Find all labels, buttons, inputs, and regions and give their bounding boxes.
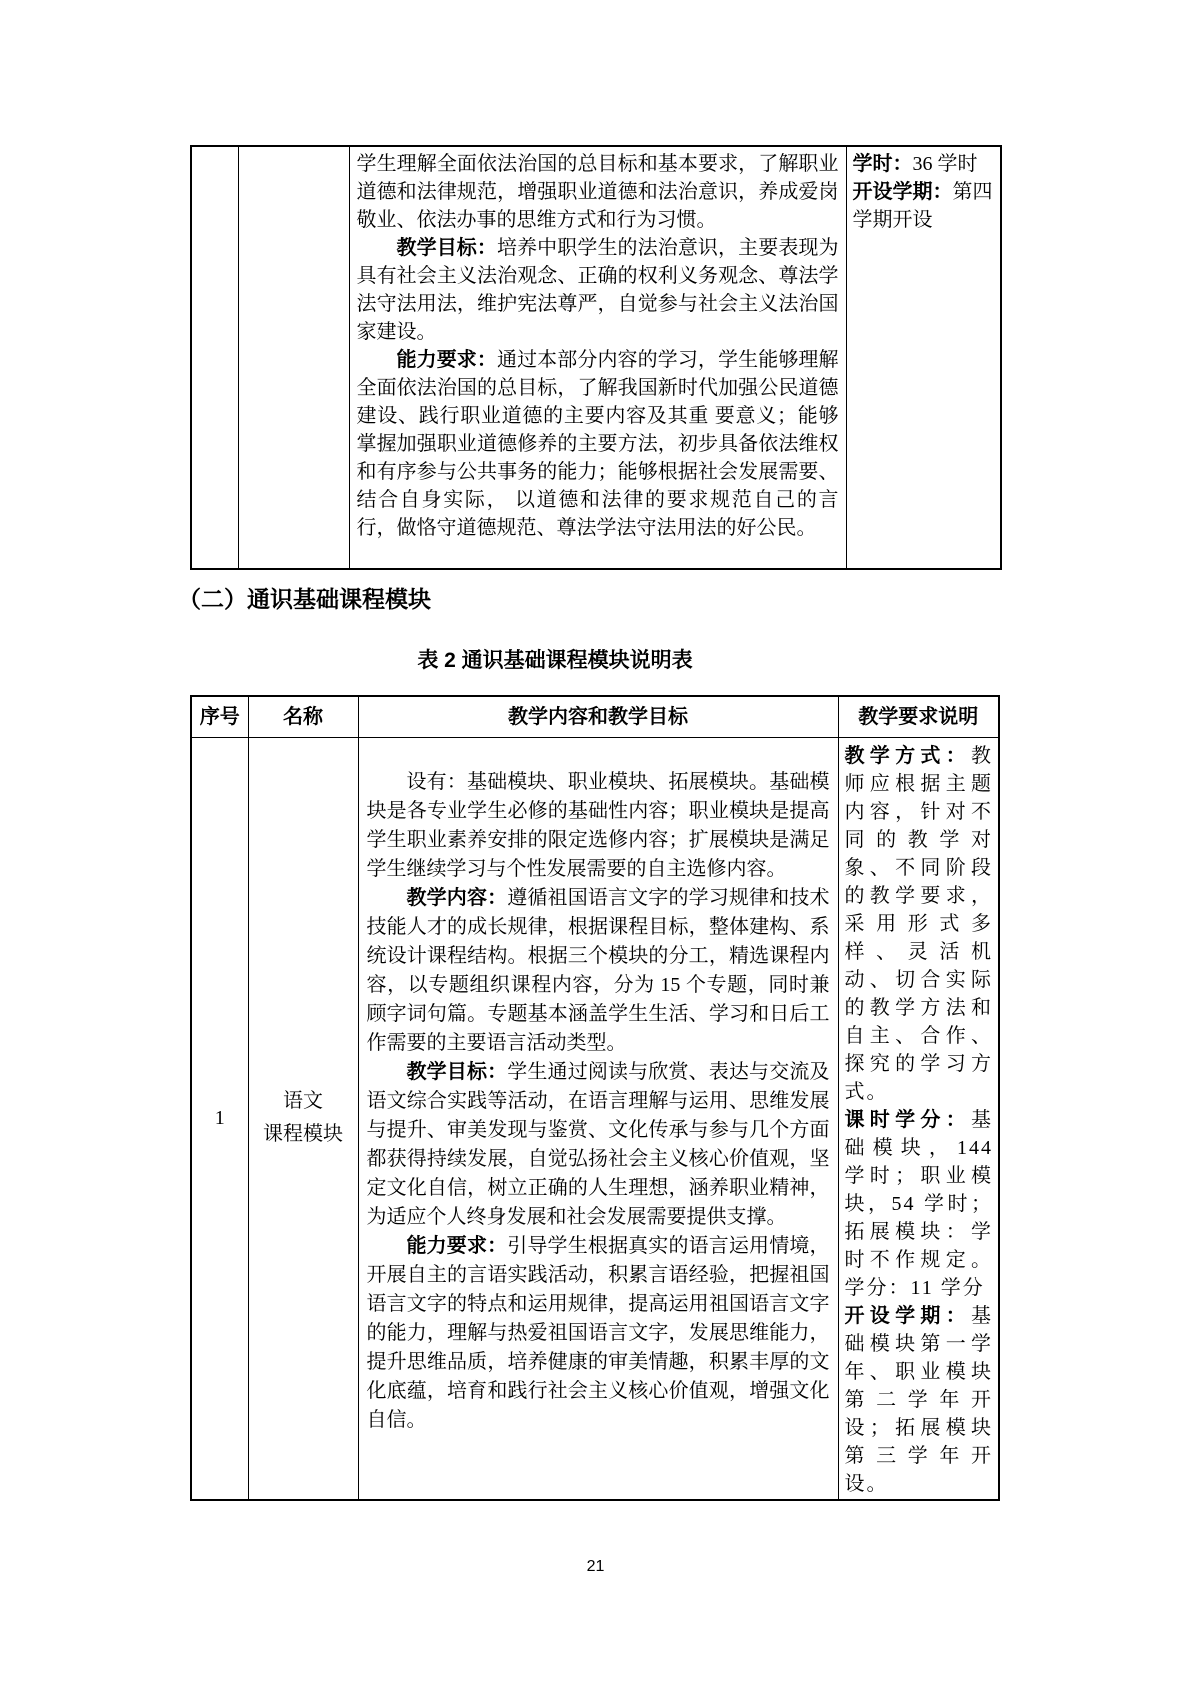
table1-content-paragraph: 教学目标：培养中职学生的法治意识，主要表现为具有社会主义法治观念、正确的权利义务… — [357, 234, 839, 346]
table2-cell-content: 设有：基础模块、职业模块、拓展模块。基础模块是各专业学生必修的基础性内容；职业模… — [358, 738, 838, 1500]
paragraph-label: 教学目标： — [407, 1061, 508, 1083]
table2-content-paragraph: 教学内容：遵循祖国语言文字的学习规律和技术技能人才的成长规律，根据课程目标，整体… — [367, 884, 830, 1058]
table2-content-paragraph: 教学目标：学生通过阅读与欣赏、表达与交流及语文综合实践等活动，在语言理解与运用、… — [367, 1058, 830, 1232]
table2-content-paragraph: 能力要求：引导学生根据真实的语言运用情境，开展自主的言语实践活动，积累言语经验，… — [367, 1232, 830, 1435]
table1-row: 学生理解全面依法治国的总目标和基本要求，了解职业道德和法律规范，增强职业道德和法… — [191, 146, 1001, 569]
table1-cell-name-empty — [238, 146, 349, 569]
paragraph-label: 开设学期： — [853, 181, 953, 203]
paragraph-text: 通过本部分内容的学习，学生能够理解全面依法治国的总目标，了解我国新时代加强公民道… — [357, 349, 839, 539]
table2-row: 1 语文 课程模块 设有：基础模块、职业模块、拓展模块。基础模块是各专业学生必修… — [191, 738, 999, 1500]
course-name-line2: 课程模块 — [249, 1118, 358, 1151]
paragraph-text: 学生理解全面依法治国的总目标和基本要求，了解职业道德和法律规范，增强职业道德和法… — [357, 153, 839, 231]
table1-requirement-paragraph: 开设学期：第四学期开设 — [853, 178, 996, 234]
table1-cell-content: 学生理解全面依法治国的总目标和基本要求，了解职业道德和法律规范，增强职业道德和法… — [349, 146, 846, 569]
paragraph-label: 教学内容： — [407, 887, 508, 909]
paragraph-label: 课时学分： — [845, 1109, 972, 1131]
table2-requirement-paragraph: 教学方式：教师应根据主题内容，针对不同的教学对象、不同阶段的教学要求，采用形式多… — [845, 742, 994, 1106]
table2: 序号 名称 教学内容和教学目标 教学要求说明 1 语文 课程模块 设有：基础模块… — [190, 695, 1000, 1501]
table2-requirement-paragraph: 课时学分：基础模块，144 学时；职业模块，54 学时；拓展模块：学时不作规定。… — [845, 1106, 994, 1302]
table2-cell-name: 语文 课程模块 — [248, 738, 358, 1500]
table2-header-row: 序号 名称 教学内容和教学目标 教学要求说明 — [191, 696, 999, 738]
table1-content-paragraph: 能力要求：通过本部分内容的学习，学生能够理解全面依法治国的总目标，了解我国新时代… — [357, 346, 839, 542]
paragraph-label: 教学目标： — [397, 237, 497, 259]
table1-content-paragraph: 学生理解全面依法治国的总目标和基本要求，了解职业道德和法律规范，增强职业道德和法… — [357, 150, 839, 234]
paragraph-text: 教师应根据主题内容，针对不同的教学对象、不同阶段的教学要求，采用形式多样、灵活机… — [845, 745, 994, 1103]
paragraph-label: 学时： — [853, 153, 913, 175]
paragraph-label: 开设学期： — [845, 1305, 972, 1327]
table2-cell-index: 1 — [191, 738, 248, 1500]
table1-cell-requirements: 学时：36 学时 开设学期：第四学期开设 — [846, 146, 1001, 569]
document-page: 学生理解全面依法治国的总目标和基本要求，了解职业道德和法律规范，增强职业道德和法… — [0, 0, 1191, 1684]
table1-requirement-paragraph: 学时：36 学时 — [853, 150, 996, 178]
table2-caption: 表 2 通识基础课程模块说明表 — [150, 648, 960, 674]
paragraph-text: 基础模块第一学年、职业模块第二学年开设；拓展模块第三学年开设。 — [845, 1305, 994, 1495]
paragraph-label: 教学方式： — [845, 745, 972, 767]
table2-header-index: 序号 — [191, 696, 248, 738]
paragraph-text: 36 学时 — [913, 153, 978, 175]
paragraph-label: 能力要求： — [397, 349, 497, 371]
table2-header-requirements: 教学要求说明 — [838, 696, 999, 738]
paragraph-text: 基础模块，144 学时；职业模块，54 学时；拓展模块：学时不作规定。学分：11… — [845, 1109, 994, 1299]
page-number: 21 — [0, 1558, 1191, 1576]
table2-requirement-paragraph: 开设学期：基础模块第一学年、职业模块第二学年开设；拓展模块第三学年开设。 — [845, 1302, 994, 1498]
table2-header-content: 教学内容和教学目标 — [358, 696, 838, 738]
table2-content-paragraph: 设有：基础模块、职业模块、拓展模块。基础模块是各专业学生必修的基础性内容；职业模… — [367, 768, 830, 884]
paragraph-label: 能力要求： — [407, 1235, 508, 1257]
paragraph-text: 设有：基础模块、职业模块、拓展模块。基础模块是各专业学生必修的基础性内容；职业模… — [367, 771, 830, 880]
paragraph-text: 学生通过阅读与欣赏、表达与交流及语文综合实践等活动，在语言理解与运用、思维发展与… — [367, 1061, 830, 1228]
table1-continuation: 学生理解全面依法治国的总目标和基本要求，了解职业道德和法律规范，增强职业道德和法… — [190, 145, 1002, 570]
table2-header-name: 名称 — [248, 696, 358, 738]
section-heading: （二）通识基础课程模块 — [178, 584, 431, 614]
paragraph-text: 遵循祖国语言文字的学习规律和技术技能人才的成长规律，根据课程目标，整体建构、系统… — [367, 887, 830, 1054]
paragraph-text: 引导学生根据真实的语言运用情境，开展自主的言语实践活动，积累言语经验，把握祖国语… — [367, 1235, 830, 1431]
table1-cell-index-empty — [191, 146, 238, 569]
table2-cell-requirements: 教学方式：教师应根据主题内容，针对不同的教学对象、不同阶段的教学要求，采用形式多… — [838, 738, 999, 1500]
course-name-line1: 语文 — [249, 1085, 358, 1118]
